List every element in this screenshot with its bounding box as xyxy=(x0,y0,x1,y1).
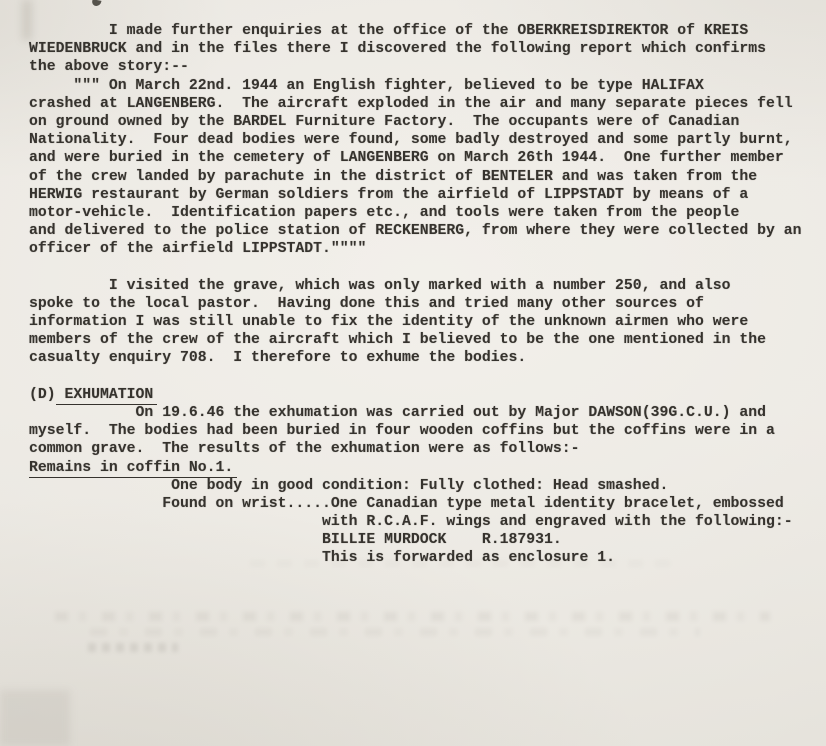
text-segment: On 19.6.46 the exhumation was carried ou… xyxy=(29,405,766,421)
underlined-text-segment: Remains in coffin No.1. xyxy=(29,460,237,478)
text-line: One body in good condition: Fully clothe… xyxy=(29,477,821,495)
text-line: common grave. The results of the exhumat… xyxy=(29,440,821,458)
text-line: motor-vehicle. Identification papers etc… xyxy=(29,204,821,222)
text-line: officer of the airfield LIPPSTADT."""" xyxy=(29,240,821,258)
text-segment: members of the crew of the aircraft whic… xyxy=(29,332,766,348)
text-line: I made further enquiries at the office o… xyxy=(29,22,821,40)
document-text-block: I made further enquiries at the office o… xyxy=(29,22,821,568)
text-segment: This is forwarded as enclosure 1. xyxy=(29,550,615,566)
text-line: BILLIE MURDOCK R.187931. xyxy=(29,531,821,549)
text-line: I visited the grave, which was only mark… xyxy=(29,277,821,295)
text-line: with R.C.A.F. wings and engraved with th… xyxy=(29,513,821,531)
text-segment: and were buried in the cemetery of LANGE… xyxy=(29,150,784,166)
text-segment: officer of the airfield LIPPSTADT."""" xyxy=(29,241,366,257)
text-line xyxy=(29,368,821,386)
text-segment: Found on wrist.....One Canadian type met… xyxy=(29,496,784,512)
text-line: On 19.6.46 the exhumation was carried ou… xyxy=(29,404,821,422)
bleed-through-texture xyxy=(90,628,700,636)
text-line: WIEDENBRUCK and in the files there I dis… xyxy=(29,40,821,58)
text-line: information I was still unable to fix th… xyxy=(29,313,821,331)
text-line xyxy=(29,258,821,276)
text-line: myself. The bodies had been buried in fo… xyxy=(29,422,821,440)
text-line: on ground owned by the BARDEL Furniture … xyxy=(29,113,821,131)
text-line: spoke to the local pastor. Having done t… xyxy=(29,295,821,313)
text-segment: myself. The bodies had been buried in fo… xyxy=(29,423,775,439)
text-line: members of the crew of the aircraft whic… xyxy=(29,331,821,349)
text-segment: HERWIG restaurant by German soldiers fro… xyxy=(29,187,748,203)
text-line: and delivered to the police station of R… xyxy=(29,222,821,240)
text-segment: WIEDENBRUCK and in the files there I dis… xyxy=(29,41,766,57)
text-line: (D) EXHUMATION xyxy=(29,386,821,404)
bleed-through-texture xyxy=(88,643,178,652)
text-line: Remains in coffin No.1. xyxy=(29,459,821,477)
text-segment: the above story:-- xyxy=(29,59,189,75)
scanned-document-page: I made further enquiries at the office o… xyxy=(0,0,826,746)
underlined-text-segment: EXHUMATION xyxy=(56,387,158,405)
text-line: casualty enquiry 708. I therefore to exh… xyxy=(29,349,821,367)
text-line: Found on wrist.....One Canadian type met… xyxy=(29,495,821,513)
text-segment: of the crew landed by parachute in the d… xyxy=(29,169,757,185)
text-segment: I made further enquiries at the office o… xyxy=(29,23,748,39)
text-segment: information I was still unable to fix th… xyxy=(29,314,748,330)
text-segment: BILLIE MURDOCK R.187931. xyxy=(29,532,562,548)
text-segment: Nationality. Four dead bodies were found… xyxy=(29,132,793,148)
cropped-character-artifact xyxy=(92,0,102,7)
text-segment: spoke to the local pastor. Having done t… xyxy=(29,296,704,312)
text-segment: motor-vehicle. Identification papers etc… xyxy=(29,205,739,221)
text-segment: with R.C.A.F. wings and engraved with th… xyxy=(29,514,793,530)
text-line: HERWIG restaurant by German soldiers fro… xyxy=(29,186,821,204)
text-line: """ On March 22nd. 1944 an English fight… xyxy=(29,77,821,95)
text-segment: crashed at LANGENBERG. The aircraft expl… xyxy=(29,96,793,112)
text-segment: common grave. The results of the exhumat… xyxy=(29,441,580,457)
text-segment: """ On March 22nd. 1944 an English fight… xyxy=(29,78,704,94)
text-line: This is forwarded as enclosure 1. xyxy=(29,549,821,567)
text-segment: I visited the grave, which was only mark… xyxy=(29,278,731,294)
text-line: crashed at LANGENBERG. The aircraft expl… xyxy=(29,95,821,113)
text-segment: (D) xyxy=(29,387,56,403)
text-line: the above story:-- xyxy=(29,58,821,76)
bleed-through-texture xyxy=(55,612,770,621)
text-segment: casualty enquiry 708. I therefore to exh… xyxy=(29,350,526,366)
text-line: of the crew landed by parachute in the d… xyxy=(29,168,821,186)
text-segment: on ground owned by the BARDEL Furniture … xyxy=(29,114,739,130)
text-line: and were buried in the cemetery of LANGE… xyxy=(29,149,821,167)
paper-smudge xyxy=(0,690,70,746)
text-segment: One body in good condition: Fully clothe… xyxy=(29,478,668,494)
text-segment: and delivered to the police station of R… xyxy=(29,223,802,239)
text-line: Nationality. Four dead bodies were found… xyxy=(29,131,821,149)
